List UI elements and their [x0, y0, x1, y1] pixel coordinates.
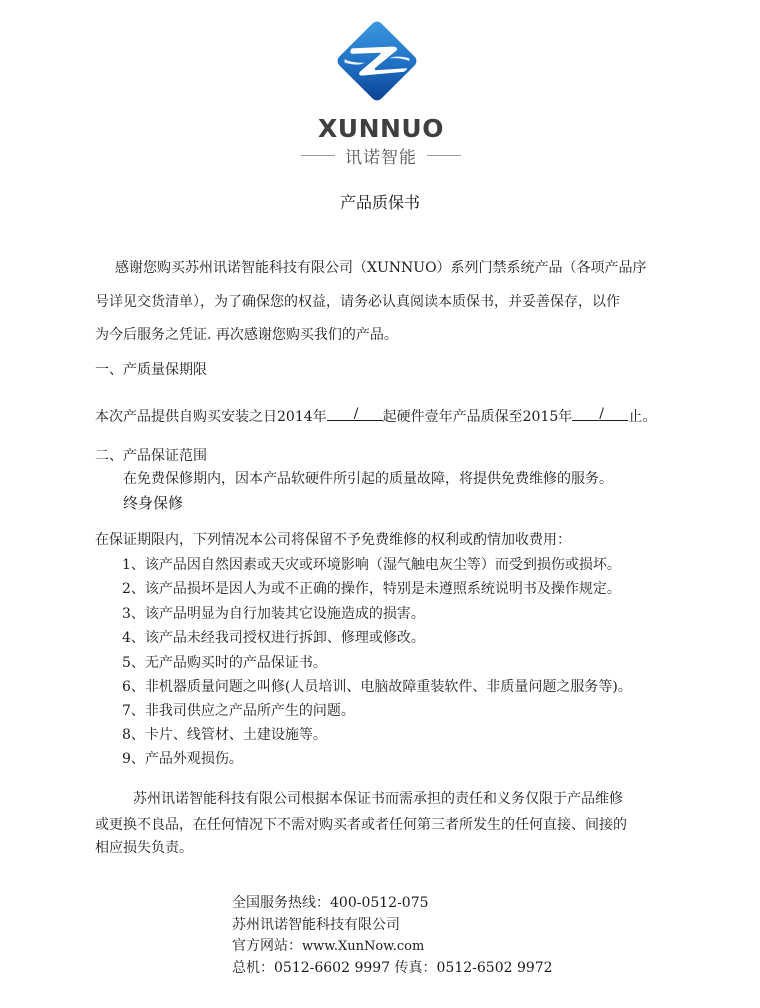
intro-line-3: 为今后服务之凭证. 再次感谢您购买我们的产品。 [95, 325, 398, 345]
lifetime-warranty-text: 终身保修 [123, 493, 183, 513]
exclusion-item-8: 8、卡片、线管材、土建设施等。 [122, 725, 327, 745]
exclusion-item-3: 3、该产品明显为自行加装其它设施造成的损害。 [122, 604, 425, 624]
exclusion-item-2: 2、该产品损坏是因人为或不正确的操作，特别是未遵照系统说明书及操作规定。 [122, 579, 621, 599]
start-date-separator: / [354, 404, 359, 424]
liability-line-1: 苏州讯诺智能科技有限公司根据本保证书而需承担的责任和义务仅限于产品维修 [133, 789, 623, 809]
exclusions-intro: 在保证期限内，下列情况本公司将保留不予免费维修的权利或酌情加收费用： [95, 530, 571, 550]
section1-heading: 一、产质量保期限 [95, 360, 207, 380]
warranty-document: XUNNUO 讯诺智能 产品质保书 感谢您购买苏州讯诺智能科技有限公司（XUNN… [0, 0, 760, 1008]
free-repair-text: 在免费保修期内，因本产品软硬件所引起的质量故障，将提供免费维修的服务。 [123, 469, 613, 489]
website-link[interactable]: www.XunNow.com [302, 939, 424, 954]
logo-wordmark: XUNNUO [296, 114, 466, 143]
document-title: 产品质保书 [0, 190, 760, 213]
logo-divider-left [301, 155, 335, 156]
website-label: 官方网站： [232, 938, 302, 954]
end-date-blank[interactable]: / [572, 404, 628, 421]
exclusion-item-9: 9、产品外观损伤。 [122, 749, 243, 769]
liability-line-2: 或更换不良品，在任何情况下不需对购买者或者任何第三者所发生的任何直接、间接的 [95, 815, 627, 835]
warranty-start-text: 本次产品提供自购买安装之日2014年 [95, 409, 327, 425]
intro-line-2: 号详见交货清单），为了确保您的权益，请务必认真阅读本质保书，并妥善保存，以作 [95, 292, 620, 312]
exclusion-item-5: 5、无产品购买时的产品保证书。 [122, 653, 327, 673]
warranty-middle-text: 起硬件壹年产品质保至2015年 [383, 409, 573, 425]
section2-heading: 二、产品保证范围 [95, 446, 207, 466]
xunnuo-logo-icon [332, 16, 422, 106]
exclusion-item-7: 7、非我司供应之产品所产生的问题。 [122, 701, 355, 721]
service-hotline: 全国服务热线：400-0512-075 [232, 893, 429, 913]
website-line: 官方网站：www.XunNow.com [232, 936, 424, 957]
warranty-period-line: 本次产品提供自购买安装之日2014年/起硬件壹年产品质保至2015年/止。 [95, 404, 656, 427]
warranty-end-text: 止。 [628, 409, 656, 425]
intro-line-1: 感谢您购买苏州讯诺智能科技有限公司（XUNNUO）系列门禁系统产品（各项产品序 [115, 258, 647, 278]
logo-chinese-name: 讯诺智能 [345, 143, 417, 168]
logo-chinese-row: 讯诺智能 [296, 144, 466, 166]
exclusion-item-4: 4、该产品未经我司授权进行拆卸、修理或修改。 [122, 628, 425, 648]
exclusion-item-1: 1、该产品因自然因素或天灾或环境影响（湿气触电灰尘等）而受到损伤或损坏。 [122, 555, 621, 575]
logo-divider-right [427, 155, 461, 156]
liability-line-3: 相应损失负责。 [95, 838, 193, 858]
end-date-separator: / [599, 404, 604, 424]
exclusion-item-6: 6、非机器质量问题之叫修(人员培训、电脑故障重装软件、非质量问题之服务等)。 [122, 677, 632, 697]
phone-fax-line: 总机：0512-6602 9997 传真：0512-6502 9972 [232, 958, 553, 978]
start-date-blank[interactable]: / [327, 404, 383, 421]
company-name: 苏州讯诺智能科技有限公司 [232, 915, 400, 935]
company-logo: XUNNUO 讯诺智能 [296, 6, 466, 166]
